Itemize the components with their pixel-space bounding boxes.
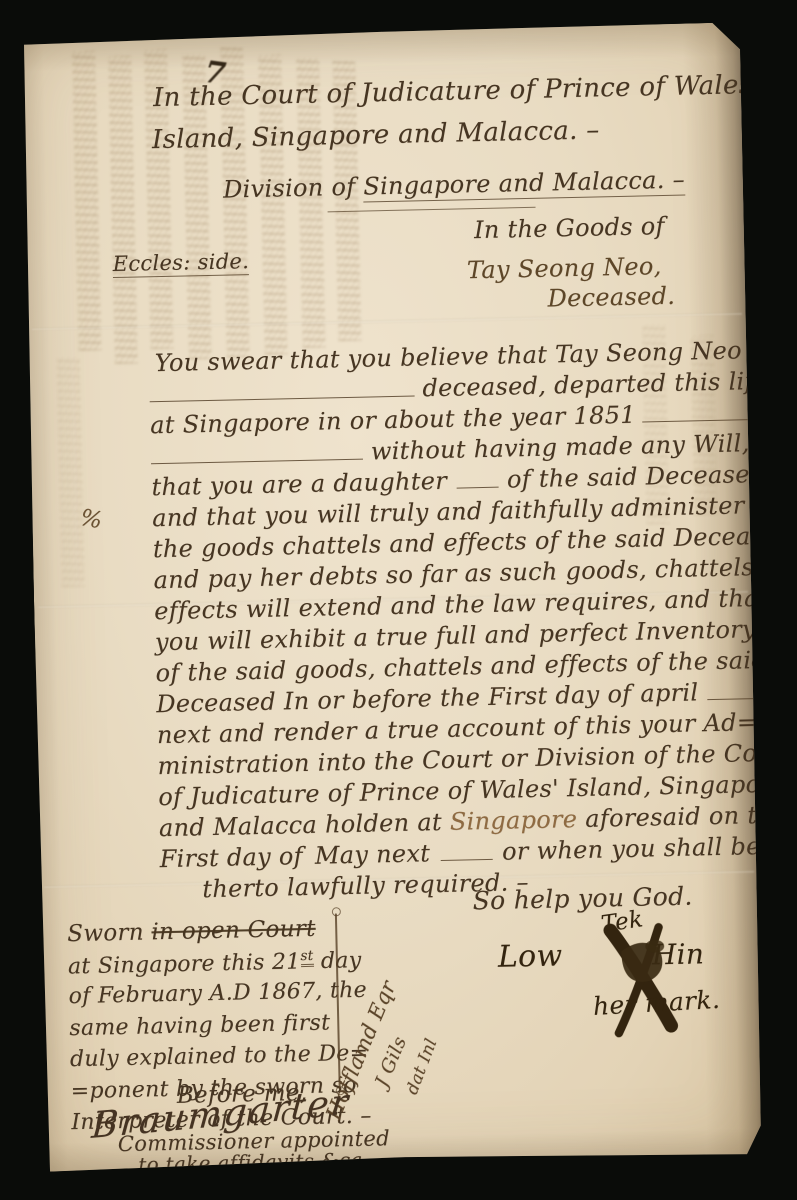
- commissioner-title-line2: to take affidavits &ca.: [138, 1148, 370, 1179]
- her-mark-x-icon: [589, 914, 697, 1048]
- court-heading-line2: Island, Singapore and Malacca. –: [152, 115, 600, 155]
- her-mark-caption: her mark.: [592, 985, 721, 1021]
- division-line: Division of Singapore and Malacca. –: [223, 166, 685, 204]
- margin-mark: %: [78, 505, 105, 535]
- mark-name-left: Low: [498, 938, 563, 974]
- goods-line3: Deceased.: [547, 282, 675, 313]
- division-second-underline: [328, 207, 536, 213]
- ink-bleedthrough: [22, 22, 740, 38]
- margin-note-eccles-side: Eccles: side.: [112, 249, 249, 278]
- struck-text: in open Court: [151, 916, 316, 946]
- court-heading-line1: In the Court of Judicature of Prince of …: [153, 70, 760, 113]
- goods-line1: In the Goods of: [474, 212, 665, 244]
- fold-crease: [32, 312, 742, 330]
- photo-background: 7 In the Court of Judicature of Prince o…: [0, 0, 797, 1200]
- oath-closing: So help you God.: [472, 882, 693, 916]
- deceased-name: Tay Seong Neo,: [467, 252, 662, 284]
- document-page: 7 In the Court of Judicature of Prince o…: [22, 22, 765, 1171]
- oath-paragraph: You swear that you believe that Tay Seon…: [149, 336, 761, 907]
- division-prefix: Division of: [223, 173, 364, 204]
- division-underlined: Singapore and Malacca. –: [363, 166, 685, 203]
